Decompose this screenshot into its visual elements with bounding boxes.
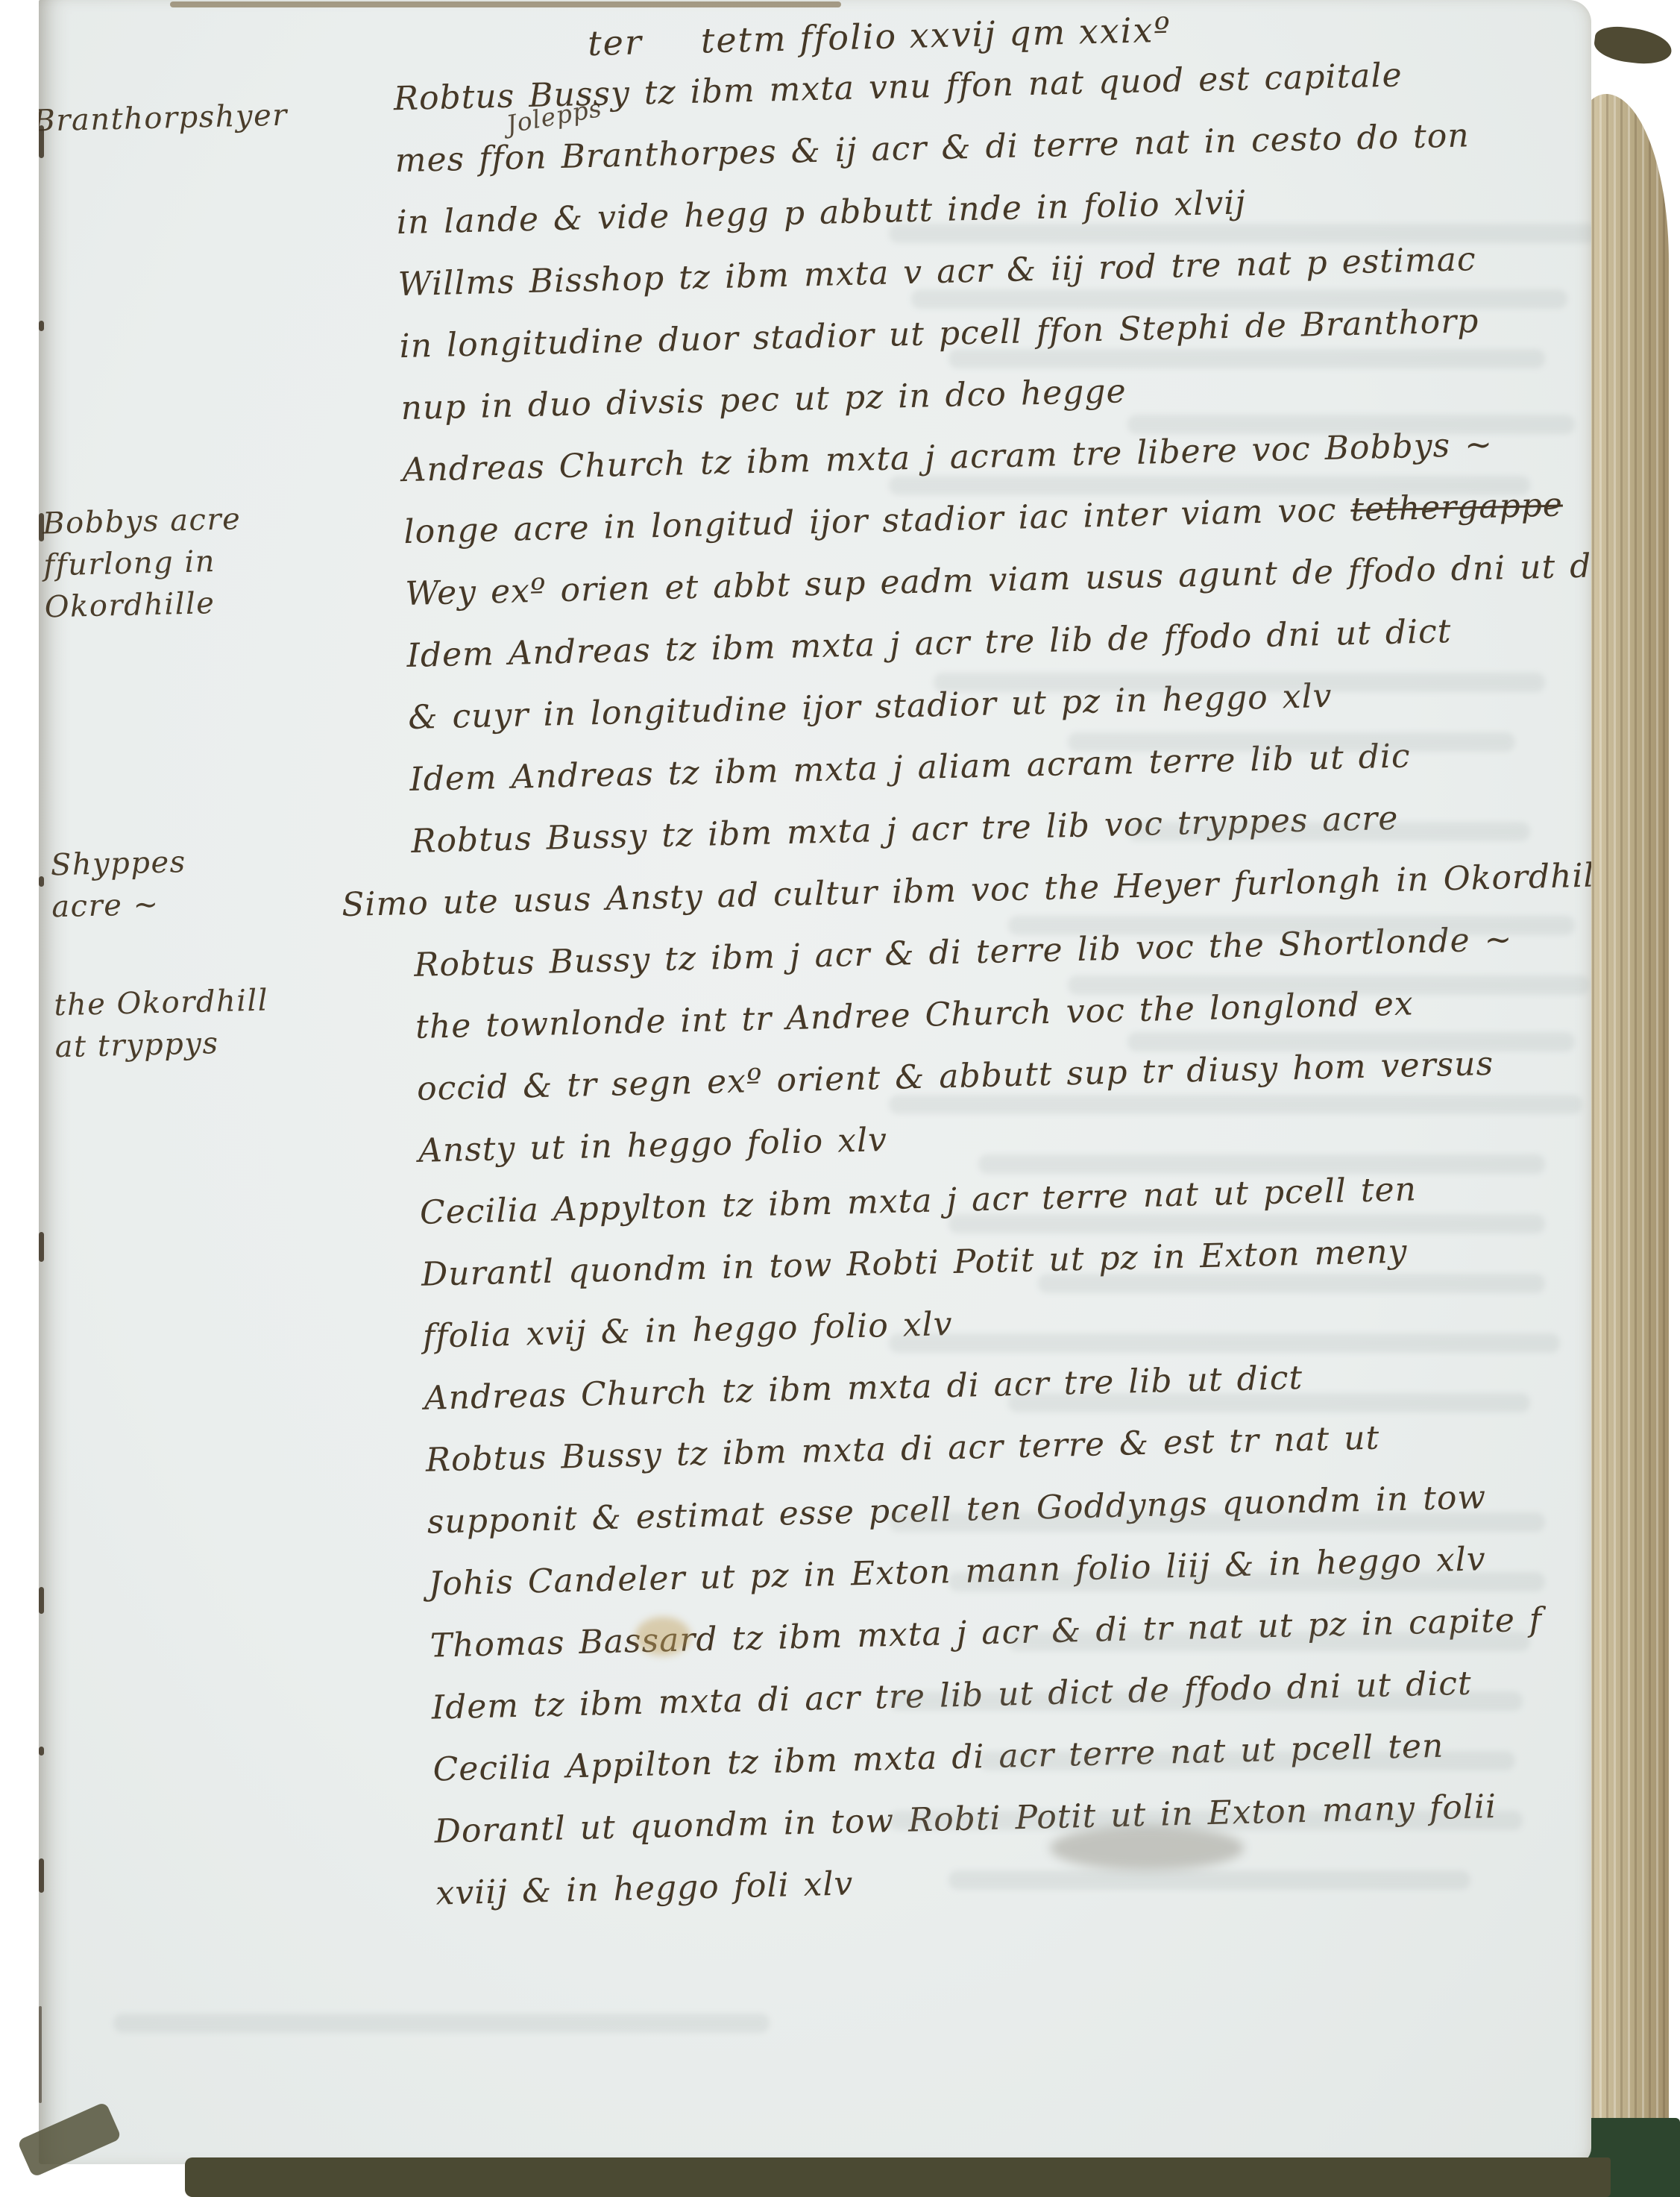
bleed-through-line (889, 224, 1591, 243)
manuscript-scan: tertetm ffolio xxvij qm xxixº Branthorps… (0, 0, 1680, 2197)
margin-note-line: Branthorpshyer (39, 92, 384, 142)
cover-corner-top-right (1593, 24, 1674, 67)
binding-stitch (39, 1747, 44, 1756)
binding-stitch (39, 876, 44, 887)
bleed-through-line (1008, 1393, 1530, 1412)
margin-note-branthorpshyer: Branthorpshyer (39, 92, 384, 142)
bleed-through-line (113, 2014, 770, 2033)
bleed-through-line (948, 349, 1545, 368)
binding-stitch (39, 125, 44, 158)
bleed-through-line (948, 1870, 1470, 1890)
binding-stitch (39, 1858, 44, 1893)
bleed-through-line (1127, 415, 1575, 434)
bleed-through-line (911, 289, 1567, 309)
bleed-through-line (948, 1572, 1545, 1591)
bleed-through-line (978, 1751, 1515, 1770)
bleed-through-line (889, 1512, 1545, 1532)
bleed-through-line (1127, 822, 1530, 841)
top-edge-shadow (170, 1, 841, 7)
margin-note-line: Okordhille (44, 578, 395, 628)
bleed-through-line (1068, 975, 1590, 995)
bleed-through-line (1038, 1274, 1545, 1293)
binding-stitch (39, 513, 44, 541)
manuscript-page: tertetm ffolio xxvij qm xxixº Branthorps… (39, 0, 1591, 2164)
bleed-through-line (889, 1333, 1560, 1353)
bleed-through-line (889, 476, 1530, 495)
binding-stitch (39, 1232, 44, 1262)
ink-smudge (1050, 1826, 1244, 1870)
bleed-through-line (889, 1811, 1523, 1830)
bleed-through-line (1127, 1032, 1575, 1052)
binding-stitch (39, 321, 44, 331)
bleed-through-line (889, 1691, 1523, 1711)
paper-stain (635, 1617, 690, 1656)
margin-note-okordhill: the Okordhill at tryppys (54, 976, 406, 1068)
bleed-through-line (978, 1154, 1545, 1174)
binding-stitch (39, 2006, 42, 2103)
cover-bottom-strip (185, 2157, 1611, 2197)
header-quire-mark: ter (588, 22, 644, 63)
bleed-through-line (1008, 916, 1575, 935)
bleed-through-line (1068, 732, 1515, 752)
margin-note-line: at tryppys (54, 1018, 406, 1068)
binding-stitch (39, 1587, 44, 1614)
bleed-through-line (948, 1214, 1545, 1233)
bleed-through-line (1008, 1632, 1530, 1651)
margin-note-bobbys-acre: Bobbys acre ffurlong in Okordhille (43, 494, 396, 628)
bleed-through-line (934, 673, 1545, 692)
bleed-through-line (889, 1095, 1582, 1114)
ink-layer: tertetm ffolio xxvij qm xxixº Branthorps… (39, 0, 1591, 2164)
